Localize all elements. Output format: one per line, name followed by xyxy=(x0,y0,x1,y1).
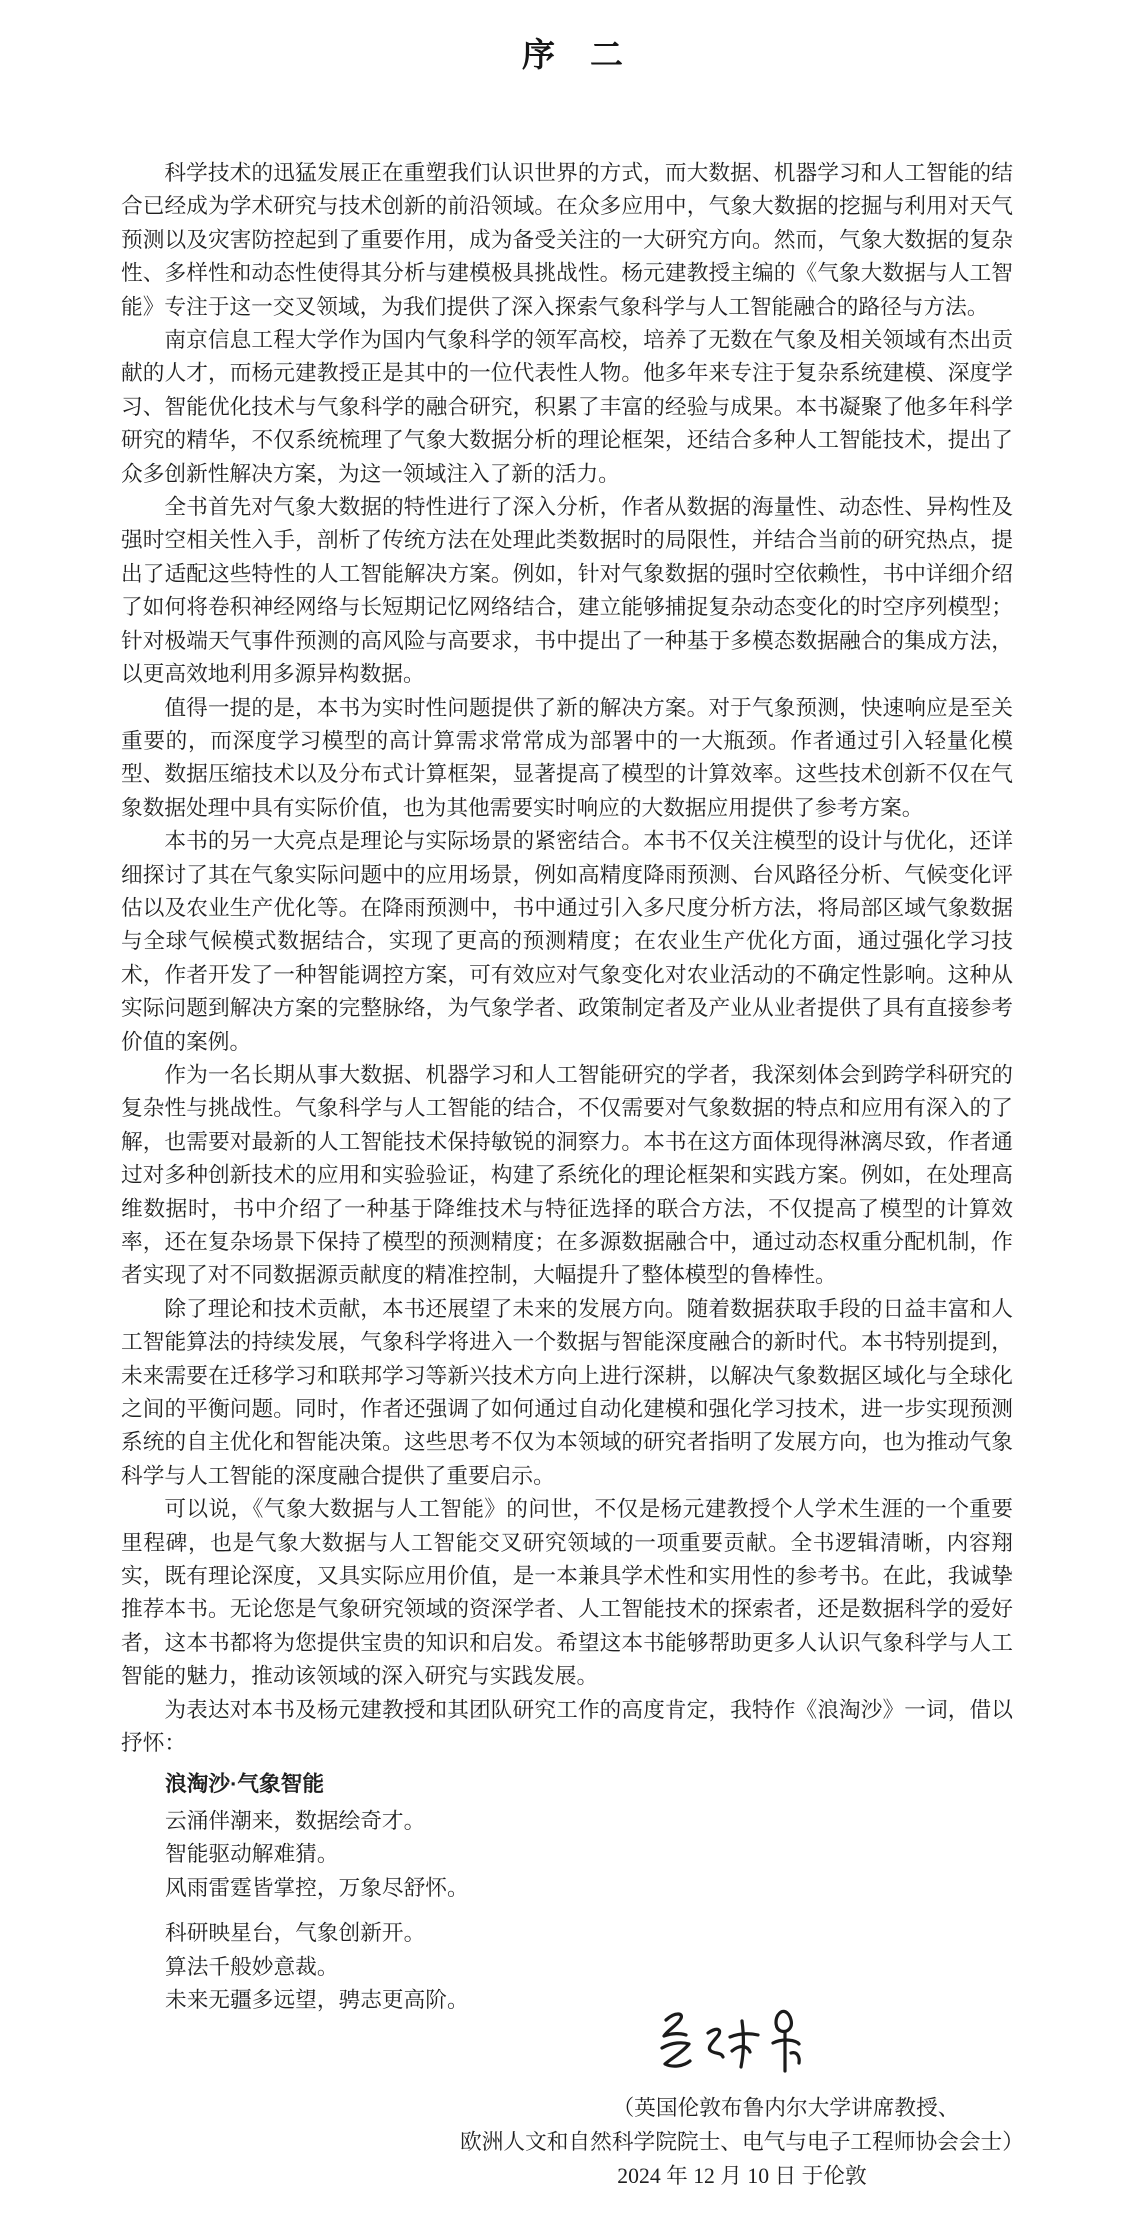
affiliation-line-2: 欧洲人文和自然科学院院士、电气与电子工程师协会会士） xyxy=(378,2126,1106,2160)
preface-paragraph: 值得一提的是，本书为实时性问题提供了新的解决方案。对于气象预测，快速响应是至关重… xyxy=(121,692,1013,826)
preface-paragraph: 本书的另一大亮点是理论与实际场景的紧密结合。本书不仅关注模型的设计与优化，还详细… xyxy=(121,825,1013,1059)
preface-paragraph: 作为一名长期从事大数据、机器学习和人工智能研究的学者，我深刻体会到跨学科研究的复… xyxy=(121,1059,1013,1293)
date-line: 2024 年 12 月 10 日 于伦敦 xyxy=(378,2160,1106,2194)
poem-title: 浪淘沙·气象智能 xyxy=(121,1767,1013,1800)
signoff-block: （英国伦敦布鲁内尔大学讲席教授、 欧洲人文和自然科学院院士、电气与电子工程师协会… xyxy=(378,2092,1106,2193)
poem-line: 智能驱动解难猜。 xyxy=(121,1838,1013,1871)
handwritten-signature-icon xyxy=(650,2006,822,2080)
signature-image xyxy=(650,2006,822,2080)
preface-page: 序 二 科学技术的迅猛发展正在重塑我们认识世界的方式，而大数据、机器学习和人工智… xyxy=(0,0,1146,2227)
poem-line: 未来无疆多远望，骋志更高阶。 xyxy=(121,1984,1013,2017)
preface-paragraph: 除了理论和技术贡献，本书还展望了未来的发展方向。随着数据获取手段的日益丰富和人工… xyxy=(121,1293,1013,1493)
page-title: 序 二 xyxy=(0,0,1146,74)
preface-paragraph: 南京信息工程大学作为国内气象科学的领军高校，培养了无数在气象及相关领域有杰出贡献… xyxy=(121,324,1013,491)
affiliation-line-1: （英国伦敦布鲁内尔大学讲席教授、 xyxy=(422,2092,1146,2126)
poem-stanza-2: 科研映星台，气象创新开。 算法千般妙意裁。 未来无疆多远望，骋志更高阶。 xyxy=(121,1917,1013,2017)
poem-line: 科研映星台，气象创新开。 xyxy=(121,1917,1013,1950)
preface-paragraph: 为表达对本书及杨元建教授和其团队研究工作的高度肯定，我特作《浪淘沙》一词，借以抒… xyxy=(121,1694,1013,1761)
poem-block: 浪淘沙·气象智能 云涌伴潮来，数据绘奇才。 智能驱动解难猜。 风雨雷霆皆掌控，万… xyxy=(121,1767,1013,2018)
preface-body: 科学技术的迅猛发展正在重塑我们认识世界的方式，而大数据、机器学习和人工智能的结合… xyxy=(121,157,1013,2017)
preface-paragraph: 全书首先对气象大数据的特性进行了深入分析，作者从数据的海量性、动态性、异构性及强… xyxy=(121,491,1013,691)
poem-line: 风雨雷霆皆掌控，万象尽舒怀。 xyxy=(121,1872,1013,1905)
poem-stanza-1: 云涌伴潮来，数据绘奇才。 智能驱动解难猜。 风雨雷霆皆掌控，万象尽舒怀。 xyxy=(121,1805,1013,1905)
preface-paragraph: 科学技术的迅猛发展正在重塑我们认识世界的方式，而大数据、机器学习和人工智能的结合… xyxy=(121,157,1013,324)
preface-paragraph: 可以说，《气象大数据与人工智能》的问世，不仅是杨元建教授个人学术生涯的一个重要里… xyxy=(121,1493,1013,1693)
poem-line: 云涌伴潮来，数据绘奇才。 xyxy=(121,1805,1013,1838)
poem-line: 算法千般妙意裁。 xyxy=(121,1951,1013,1984)
